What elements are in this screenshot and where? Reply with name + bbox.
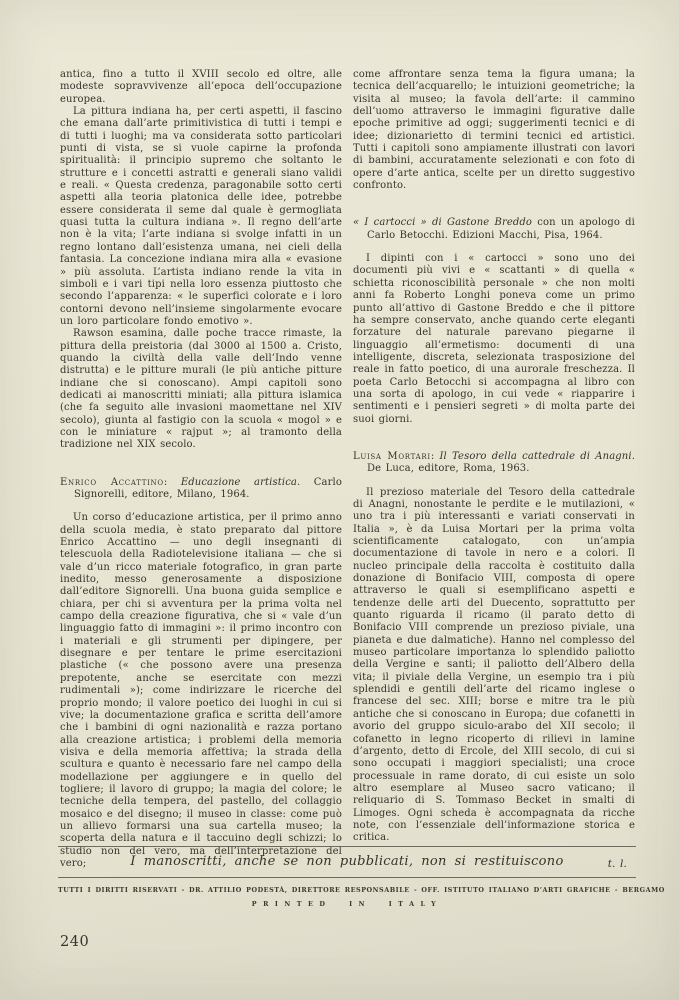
body-paragraph: come affrontare senza tema la figura uma… [353,69,635,192]
scanned-book-page: antica, fino a tutto il XVIII secolo ed … [0,0,679,1000]
left-column: antica, fino a tutto il XVIII secolo ed … [60,69,342,870]
bibliography-heading: Enrico Accattino: Educazione artistica. … [60,477,342,502]
footer-rule-bottom [58,877,636,878]
right-column: come affrontare senza tema la figura uma… [353,69,635,870]
body-paragraph: antica, fino a tutto il XVIII secolo ed … [60,69,342,106]
body-paragraph: Rawson esamina, dalle poche tracce rimas… [60,328,342,451]
body-paragraph: Un corso d’educazione artistica, per il … [60,512,342,870]
body-paragraph: Il prezioso materiale del Tesoro della c… [353,487,635,845]
page-footer: I manoscritti, anche se non pubblicati, … [58,846,636,908]
body-paragraph: La pittura indiana ha, per certi aspetti… [60,106,342,328]
imprint-credits: TUTTI I DIRITTI RISERVATI - DR. ATTILIO … [58,886,636,894]
bibliography-heading: « I cartocci » di Gastone Breddo con un … [353,217,635,242]
page-number: 240 [60,934,89,950]
manuscripts-notice: I manoscritti, anche se non pubblicati, … [58,847,636,877]
footer-rule-top [58,846,636,847]
bibliography-heading: Luisa Mortari: Il Tesoro della cattedral… [353,451,635,476]
body-paragraph: I dipinti con i « cartocci » sono uno de… [353,253,635,426]
printed-in-italy: PRINTED IN ITALY [58,900,636,908]
